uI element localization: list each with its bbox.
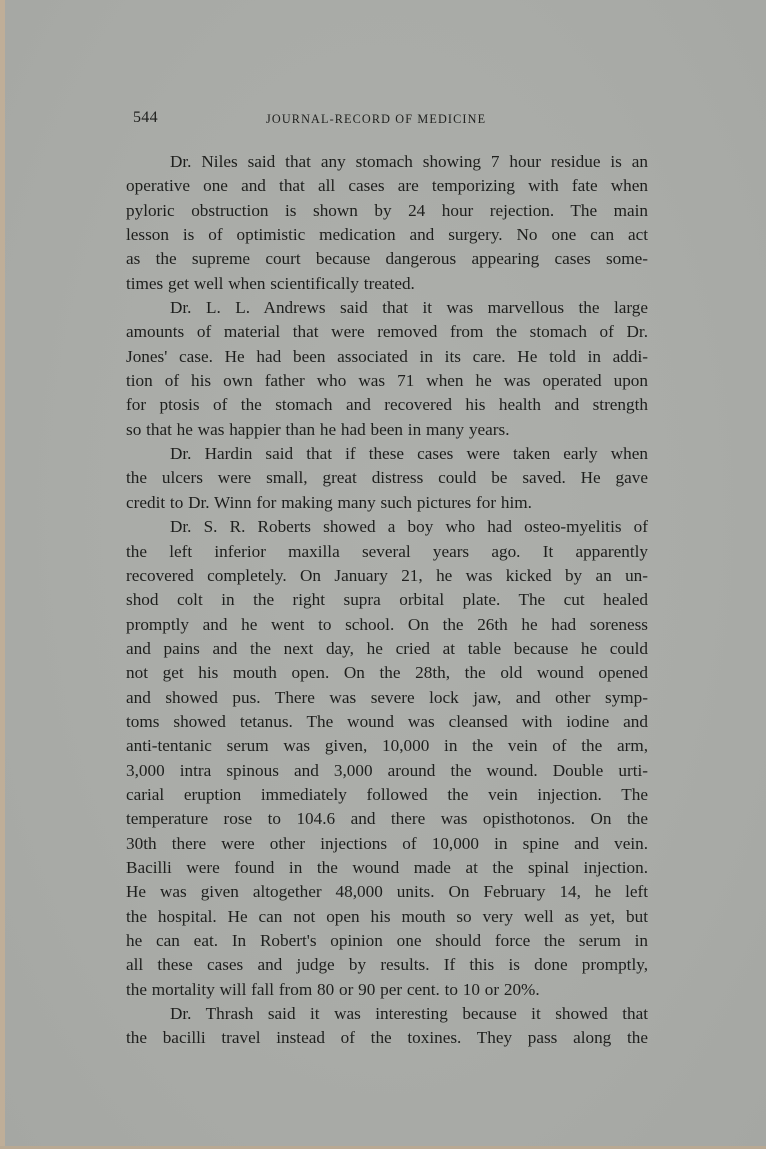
text-line: toms showed tetanus. The wound was clean… [126, 710, 648, 734]
text-line: the mortality will fall from 80 or 90 pe… [126, 978, 648, 1002]
text-line: the left inferior maxilla several years … [126, 540, 648, 564]
text-line: he can eat. In Robert's opinion one shou… [126, 929, 648, 953]
scanned-page: 544 JOURNAL-RECORD OF MEDICINE Dr. Niles… [5, 0, 766, 1146]
text-line: as the supreme court because dangerous a… [126, 247, 648, 271]
text-line: credit to Dr. Winn for making many such … [126, 491, 648, 515]
text-line: Dr. S. R. Roberts showed a boy who had o… [126, 515, 648, 539]
text-line: carial eruption immediately followed the… [126, 783, 648, 807]
text-line: Jones' case. He had been associated in i… [126, 345, 648, 369]
text-line: amounts of material that were removed fr… [126, 320, 648, 344]
text-line: promptly and he went to school. On the 2… [126, 613, 648, 637]
text-line: 30th there were other injections of 10,0… [126, 832, 648, 856]
paragraph-niles: Dr. Niles said that any stomach showing … [126, 150, 648, 296]
text-line: Dr. Niles said that any stomach showing … [126, 150, 648, 174]
text-line: He was given altogether 48,000 units. On… [126, 880, 648, 904]
paragraph-roberts: Dr. S. R. Roberts showed a boy who had o… [126, 515, 648, 1002]
text-line: temperature rose to 104.6 and there was … [126, 807, 648, 831]
text-line: times get well when scientifically treat… [126, 272, 648, 296]
running-head: 544 JOURNAL-RECORD OF MEDICINE [129, 109, 649, 129]
text-line: tion of his own father who was 71 when h… [126, 369, 648, 393]
text-line: and showed pus. There was severe lock ja… [126, 686, 648, 710]
text-line: the ulcers were small, great distress co… [126, 466, 648, 490]
text-line: shod colt in the right supra orbital pla… [126, 588, 648, 612]
paragraph-thrash: Dr. Thrash said it was interesting becau… [126, 1002, 648, 1051]
article-body: Dr. Niles said that any stomach showing … [126, 150, 648, 1051]
text-line: Bacilli were found in the wound made at … [126, 856, 648, 880]
text-line: the hospital. He can not open his mouth … [126, 905, 648, 929]
text-line: anti-tentanic serum was given, 10,000 in… [126, 734, 648, 758]
text-line: recovered completely. On January 21, he … [126, 564, 648, 588]
text-line: Dr. Thrash said it was interesting becau… [126, 1002, 648, 1026]
text-line: and pains and the next day, he cried at … [126, 637, 648, 661]
text-line: lesson is of optimistic medication and s… [126, 223, 648, 247]
text-line: Dr. Hardin said that if these cases were… [126, 442, 648, 466]
page-number: 544 [133, 109, 158, 127]
paragraph-andrews: Dr. L. L. Andrews said that it was marve… [126, 296, 648, 442]
text-line: Dr. L. L. Andrews said that it was marve… [126, 296, 648, 320]
text-line: all these cases and judge by results. If… [126, 953, 648, 977]
text-line: pyloric obstruction is shown by 24 hour … [126, 199, 648, 223]
text-line: the bacilli travel instead of the toxine… [126, 1026, 648, 1050]
journal-title: JOURNAL-RECORD OF MEDICINE [266, 112, 486, 127]
text-line: so that he was happier than he had been … [126, 418, 648, 442]
text-line: for ptosis of the stomach and recovered … [126, 393, 648, 417]
paragraph-hardin: Dr. Hardin said that if these cases were… [126, 442, 648, 515]
text-line: not get his mouth open. On the 28th, the… [126, 661, 648, 685]
text-line: operative one and that all cases are tem… [126, 174, 648, 198]
text-line: 3,000 intra spinous and 3,000 around the… [126, 759, 648, 783]
